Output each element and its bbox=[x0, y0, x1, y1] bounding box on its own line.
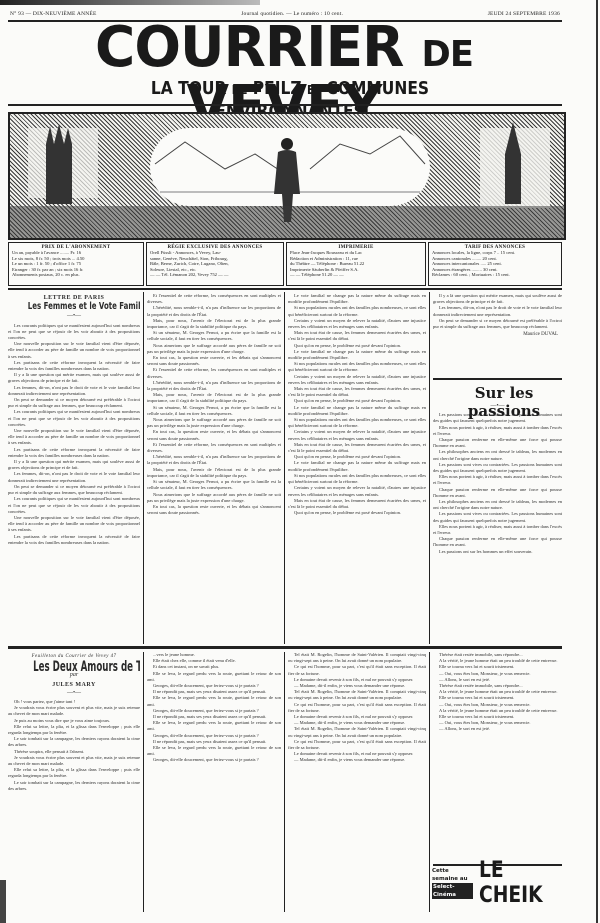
printing-box: IMPRIMERIE Place Jean-Jacques Rousseau e… bbox=[286, 242, 426, 286]
feuilleton-divider bbox=[8, 646, 562, 649]
feuilleton-col1: Feuilleton du Courrier de Vevey 47 Les D… bbox=[8, 652, 140, 914]
ad-rates-box: TARIF DES ANNONCES Annonces locales, la … bbox=[428, 242, 562, 286]
page-edge bbox=[596, 0, 598, 923]
article-lettre-end: Il y a là une question qui mérite examen… bbox=[433, 293, 562, 375]
issue-date: JEUDI 24 SEPTEMBRE 1936 bbox=[488, 11, 560, 17]
column-rule bbox=[143, 652, 144, 912]
newspaper-page: N° 93 — DIX-NEUVIÈME ANNÉE Journal quoti… bbox=[0, 0, 600, 923]
subscription-box: PRIX DE L'ABONNEMENT Un an, payable à l'… bbox=[8, 242, 144, 286]
issue-number: N° 93 — DIX-NEUVIÈME ANNÉE bbox=[10, 11, 97, 17]
ad-film-title: LE CHEIK bbox=[479, 858, 550, 908]
feuilleton-col3: Tel était M. Rogelin, l'homme de Saint-V… bbox=[288, 652, 426, 914]
column-rule bbox=[143, 292, 144, 644]
column-rule bbox=[429, 292, 430, 644]
illustrated-banner bbox=[8, 112, 566, 240]
column-rule bbox=[429, 652, 430, 912]
divider bbox=[8, 288, 562, 290]
author-signature: Maurice DUVAL bbox=[433, 332, 558, 338]
scan-shadow-bottom bbox=[0, 880, 6, 923]
column-rule bbox=[284, 292, 285, 644]
article-continuation-col3: Le vote familial ne change pas la nature… bbox=[288, 293, 426, 643]
masthead-title: COURRIER DE VEVEY bbox=[12, 22, 557, 74]
article-continuation-col2: Et l'essentiel de cette réforme, les con… bbox=[147, 293, 281, 643]
article-lettre-de-paris: LETTRE DE PARIS Les Femmes et le Vote Fa… bbox=[8, 293, 140, 643]
cinema-advertisement: Cette semaine au Select-Cinéma LE CHEIK bbox=[432, 868, 562, 898]
feuilleton-col2: ...vers le jeune homme.Elle était chez e… bbox=[147, 652, 281, 914]
divider bbox=[8, 104, 562, 106]
article-title: Les Femmes et le Vote Familial bbox=[28, 304, 120, 310]
divider bbox=[8, 238, 562, 240]
feuilleton-col4: Thérèse était restée immobile, sans répo… bbox=[433, 652, 562, 862]
landscape-illustration-icon bbox=[10, 114, 564, 238]
divider bbox=[433, 378, 562, 380]
feuilleton-title: Les Deux Amours de Thérèse bbox=[33, 664, 115, 670]
ad-venue: Cette semaine au Select-Cinéma bbox=[432, 867, 473, 899]
advertising-agency-box: RÉGIE EXCLUSIVE DES ANNONCES Orell Füssl… bbox=[146, 242, 284, 286]
scan-shadow bbox=[0, 0, 260, 5]
article-sur-les-passions: —•— Les passions sont vives ou contrarié… bbox=[433, 402, 562, 642]
column-rule bbox=[284, 652, 285, 912]
feuilleton-author: JULES MARY bbox=[8, 682, 140, 688]
